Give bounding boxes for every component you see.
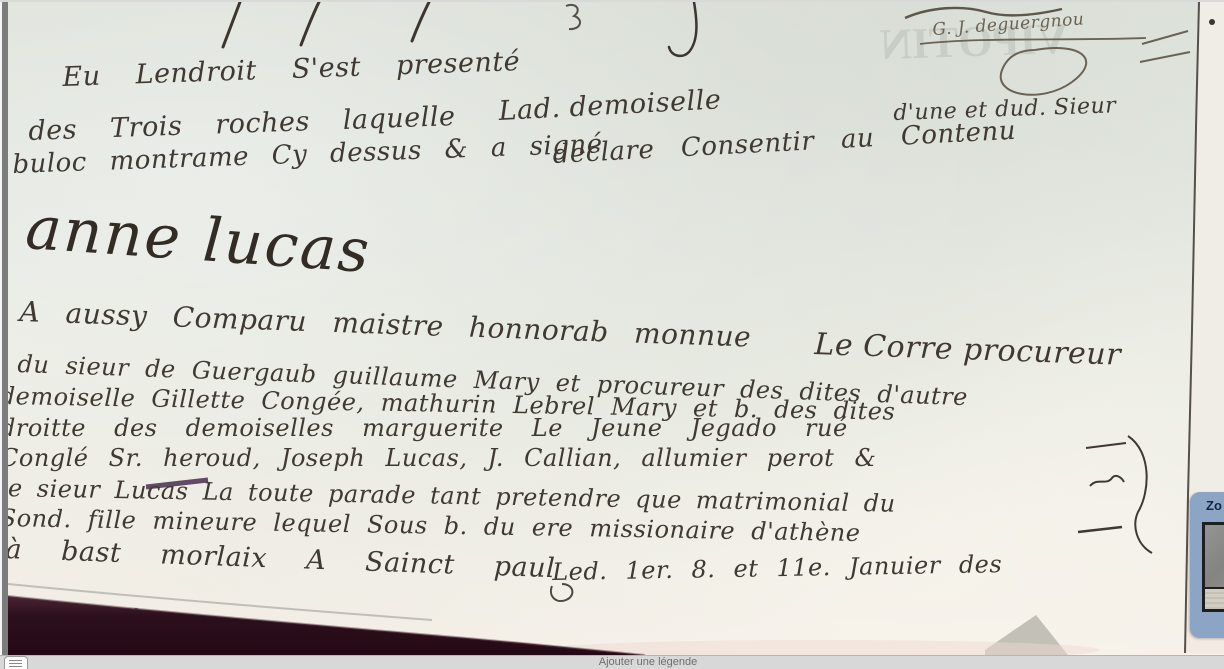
handwriting-line: Led. 1er. 8. et 11e. Januier des [552, 552, 1002, 584]
caption-lines-icon[interactable] [4, 656, 28, 669]
zoom-thumbnail-image [1205, 525, 1224, 587]
caption-bar[interactable]: Ajouter une légende [0, 655, 1224, 669]
image-viewer-screen: VIPOTIN [0, 0, 1224, 669]
zoom-panel-title: Zo [1206, 498, 1222, 513]
zoom-panel[interactable]: Zo [1190, 492, 1224, 638]
add-caption-label[interactable]: Ajouter une légende [0, 656, 1224, 669]
top-border-line [0, 0, 1224, 2]
left-border-strip [0, 0, 8, 655]
zoom-thumbnail[interactable] [1202, 522, 1224, 612]
zoom-thumbnail-image-lower [1205, 589, 1224, 609]
handwriting-line: droitte des demoiselles marguerite Le Je… [0, 416, 848, 440]
handwriting-line: Conglé Sr. heroud, Joseph Lucas, J. Call… [0, 446, 876, 470]
